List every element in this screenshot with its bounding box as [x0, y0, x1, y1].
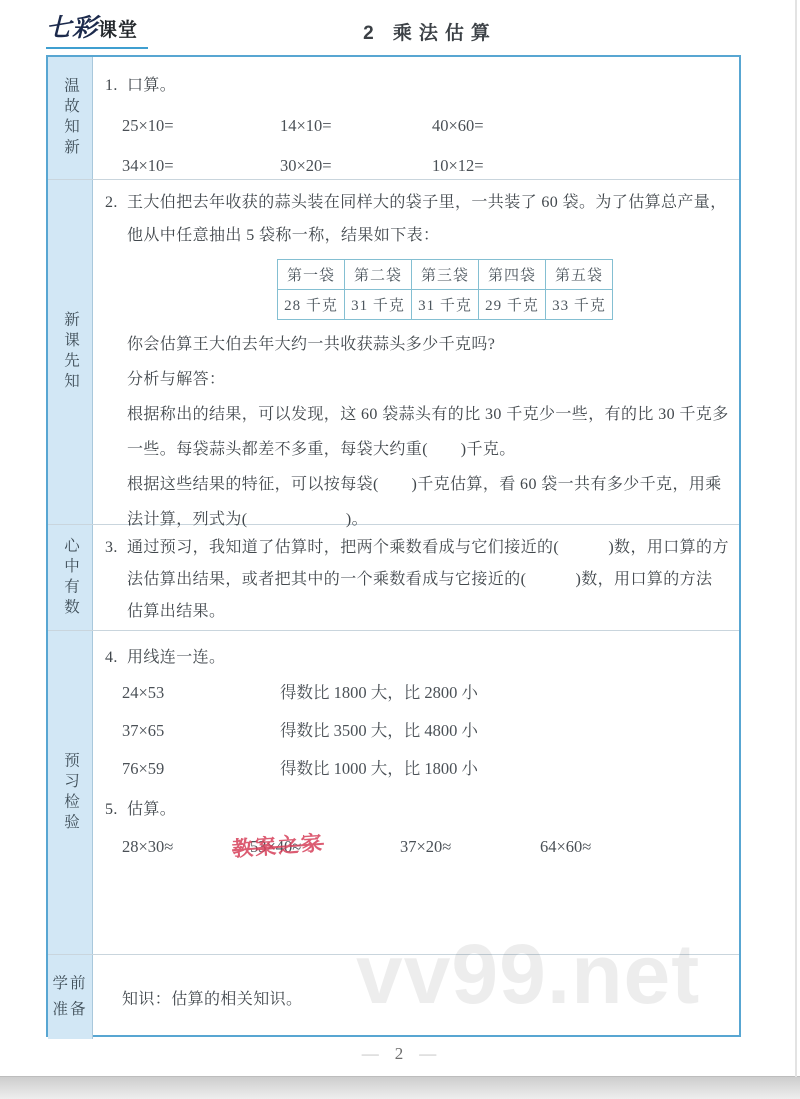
section-preview: 新课先知 2. 王大伯把去年收获的蒜头装在同样大的袋子里，一共装了 60 袋。为…	[48, 179, 739, 524]
analysis-text-line: 一些。每袋蒜头都差不多重，每袋大约重( )千克。	[103, 432, 729, 467]
analysis-text-line: 根据这些结果的特征，可以按每袋( )千克估算，看 60 袋一共有多少千克，用乘	[103, 467, 729, 502]
prep-knowledge-text: 知识：估算的相关知识。	[122, 986, 302, 1009]
match-right-text: 得数比 3500 大，比 4800 小	[280, 713, 727, 749]
page-number-dash: —	[419, 1044, 438, 1063]
section-prep-label: 学前准备	[52, 971, 88, 1023]
page-number-dash: —	[362, 1044, 381, 1063]
garlic-table-value: 29 千克	[479, 290, 546, 320]
red-site-watermark: 教案之家	[231, 826, 325, 868]
section-check: 预习检验 4. 用线连一连。 24×53 得数比 1800 大，比 2800 小…	[48, 630, 739, 954]
garlic-table-value-row: 28 千克 31 千克 31 千克 29 千克 33 千克	[278, 290, 613, 320]
question-2-line: 他从中任意抽出 5 袋称一称，结果如下表：	[103, 219, 729, 252]
question-5-marker: 5.	[105, 793, 118, 827]
expression: 37×20≈	[400, 829, 540, 865]
section-review-content: 1. 口算。 25×10= 14×10= 40×60= 34×10= 30×20…	[93, 57, 739, 179]
match-left-expression: 37×65	[122, 713, 280, 749]
section-mind: 心中有数 3. 通过预习，我知道了估算时，把两个乘数看成与它们接近的( )数，用…	[48, 524, 739, 630]
garlic-table-header: 第三袋	[412, 260, 479, 290]
expression: 64×60≈	[540, 829, 727, 865]
garlic-table-value: 31 千克	[412, 290, 479, 320]
page-number-row: —2—	[0, 1044, 800, 1064]
expression: 14×10=	[280, 109, 432, 143]
question-2-marker: 2.	[105, 186, 118, 219]
question-3-line: 3. 通过预习，我知道了估算时，把两个乘数看成与它们接近的( )数，用口算的方	[103, 532, 729, 564]
garlic-table-header: 第五袋	[546, 260, 613, 290]
section-prep-content: 知识：估算的相关知识。	[93, 955, 739, 1039]
garlic-table-header: 第一袋	[278, 260, 345, 290]
section-mind-content: 3. 通过预习，我知道了估算时，把两个乘数看成与它们接近的( )数，用口算的方 …	[93, 525, 741, 630]
question-4-match-pairs: 24×53 得数比 1800 大，比 2800 小 37×65 得数比 3500…	[122, 675, 727, 787]
question-4-title-line: 4. 用线连一连。	[103, 641, 727, 675]
analysis-heading: 分析与解答：	[103, 362, 729, 397]
section-prep-label-cell: 学前准备	[48, 955, 93, 1039]
question-3-line: 法估算出结果，或者把其中的一个乘数看成与它接近的( )数，用口算的方法	[103, 564, 729, 596]
garlic-weight-table: 第一袋 第二袋 第三袋 第四袋 第五袋 28 千克 31 千克 31 千克 29…	[277, 259, 613, 320]
question-1-title-line: 1. 口算。	[103, 69, 727, 103]
page-title: 2 乘法估算	[0, 18, 800, 45]
expression: 34×10=	[122, 149, 280, 183]
section-review-label-cell: 温故知新	[48, 57, 93, 179]
question-5-expressions: 28×30≈ 53×40≈ 37×20≈ 64×60≈ 教案之家	[122, 829, 727, 865]
expression: 10×12=	[432, 149, 727, 183]
section-review: 温故知新 1. 口算。 25×10= 14×10= 40×60= 34×10= …	[48, 57, 739, 179]
question-4-marker: 4.	[105, 641, 118, 675]
question-1-expressions: 25×10= 14×10= 40×60= 34×10= 30×20= 10×12…	[122, 109, 727, 183]
page-number: 2	[395, 1044, 406, 1063]
section-prep: 学前准备 知识：估算的相关知识。	[48, 954, 739, 1039]
analysis-text-line: 根据称出的结果，可以发现，这 60 袋蒜头有的比 30 千克少一些，有的比 30…	[103, 397, 729, 432]
match-left-expression: 76×59	[122, 751, 280, 787]
question-3-line: 估算出结果。	[103, 596, 729, 628]
question-3-marker: 3.	[105, 532, 118, 564]
expression: 30×20=	[280, 149, 432, 183]
expression: 25×10=	[122, 109, 280, 143]
question-2-text: 王大伯把去年收获的蒜头装在同样大的袋子里，一共装了 60 袋。为了估算总产量，	[127, 194, 727, 211]
garlic-table-header: 第四袋	[479, 260, 546, 290]
worksheet-table: 温故知新 1. 口算。 25×10= 14×10= 40×60= 34×10= …	[46, 55, 741, 1037]
scan-edge-strip	[0, 1076, 800, 1099]
match-right-text: 得数比 1800 大，比 2800 小	[280, 675, 727, 711]
question-1-title: 口算。	[127, 77, 176, 94]
question-3-text: 通过预习，我知道了估算时，把两个乘数看成与它们接近的( )数，用口算的方	[127, 539, 729, 556]
expression: 40×60=	[432, 109, 727, 143]
section-check-content: 4. 用线连一连。 24×53 得数比 1800 大，比 2800 小 37×6…	[93, 631, 739, 954]
scan-right-edge	[795, 0, 797, 1077]
match-right-text: 得数比 1000 大，比 1800 小	[280, 751, 727, 787]
section-mind-label: 心中有数	[59, 537, 81, 619]
question-2-line: 2. 王大伯把去年收获的蒜头装在同样大的袋子里，一共装了 60 袋。为了估算总产…	[103, 186, 729, 219]
section-preview-content: 2. 王大伯把去年收获的蒜头装在同样大的袋子里，一共装了 60 袋。为了估算总产…	[93, 180, 741, 524]
garlic-table-value: 33 千克	[546, 290, 613, 320]
section-review-label: 温故知新	[59, 77, 81, 159]
section-mind-label-cell: 心中有数	[48, 525, 93, 630]
section-preview-label-cell: 新课先知	[48, 180, 93, 524]
section-check-label: 预习检验	[59, 752, 81, 834]
garlic-table-header: 第二袋	[345, 260, 412, 290]
question-2-prompt: 你会估算王大伯去年大约一共收获蒜头多少千克吗?	[103, 327, 729, 362]
match-left-expression: 24×53	[122, 675, 280, 711]
question-4-title: 用线连一连。	[127, 649, 225, 666]
question-5-title-line: 5. 估算。	[103, 793, 727, 827]
brand-logo-underline	[46, 47, 148, 49]
garlic-table-value: 28 千克	[278, 290, 345, 320]
garlic-table-header-row: 第一袋 第二袋 第三袋 第四袋 第五袋	[278, 260, 613, 290]
question-1-marker: 1.	[105, 69, 118, 103]
question-5-title: 估算。	[127, 801, 176, 818]
garlic-table-value: 31 千克	[345, 290, 412, 320]
section-preview-label: 新课先知	[59, 311, 81, 393]
section-check-label-cell: 预习检验	[48, 631, 93, 954]
